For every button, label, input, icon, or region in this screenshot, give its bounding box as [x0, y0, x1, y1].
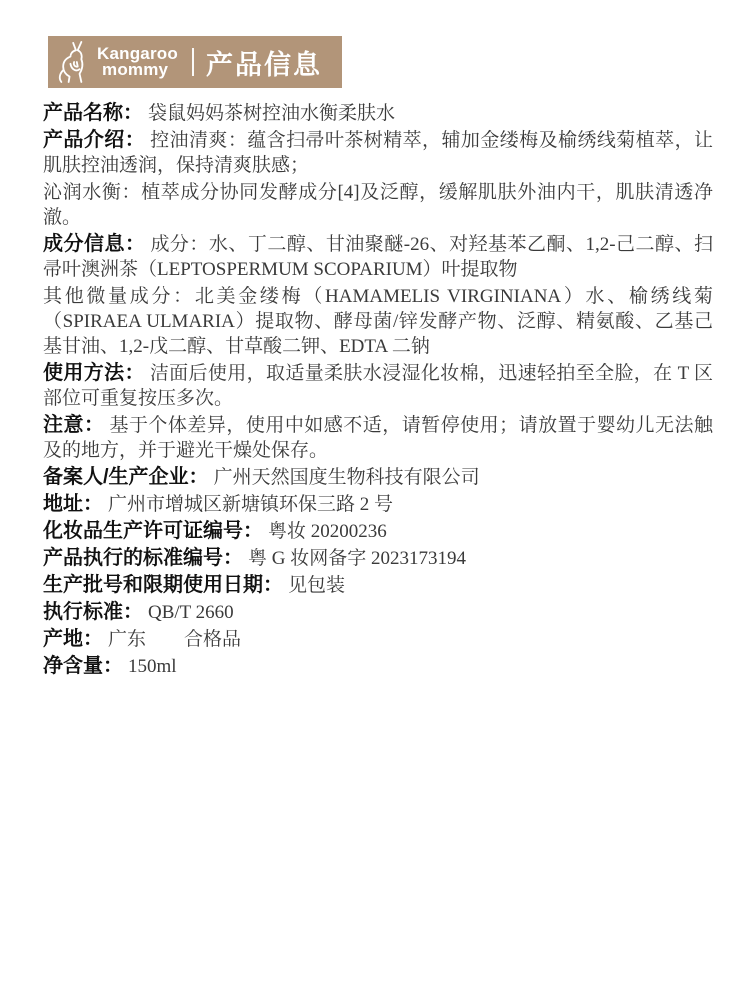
field-value: 沁润水衡：植萃成分协同发酵成分[4]及泛醇，缓解肌肤外油内干，肌肤清透净澈。 — [43, 182, 713, 228]
field-label: 生产批号和限期使用日期： — [43, 574, 283, 596]
field-caution: 注意：基于个体差异，使用中如感不适，请暂停使用；请放置于婴幼儿无法触及的地方，并… — [43, 413, 713, 463]
field-ingredients: 成分信息：成分：水、丁二醇、甘油聚醚-26、对羟基苯乙酮、1,2-己二醇、扫帚叶… — [43, 232, 713, 282]
field-trace-ingredients: 其他微量成分：北美金缕梅（HAMAMELIS VIRGINIANA）水、榆绣线菊… — [43, 284, 713, 359]
field-label: 产地： — [43, 628, 103, 650]
field-value: 粤妆 20200236 — [268, 521, 387, 542]
field-value: 见包装 — [288, 575, 345, 596]
field-address: 地址：广州市增城区新塘镇环保三路 2 号 — [43, 492, 713, 517]
field-product-intro-cont: 沁润水衡：植萃成分协同发酵成分[4]及泛醇，缓解肌肤外油内干，肌肤清透净澈。 — [43, 180, 713, 230]
field-product-name: 产品名称：袋鼠妈妈茶树控油水衡柔肤水 — [43, 101, 713, 126]
product-info-content: 产品名称：袋鼠妈妈茶树控油水衡柔肤水 产品介绍：控油清爽：蕴含扫帚叶茶树精萃，辅… — [43, 101, 713, 681]
field-label: 化妆品生产许可证编号： — [43, 520, 263, 542]
field-label: 产品介绍： — [43, 129, 145, 151]
brand-header-bar: Kangaroo mommy 产品信息 — [48, 36, 342, 88]
field-label: 注意： — [43, 414, 104, 436]
field-product-intro: 产品介绍：控油清爽：蕴含扫帚叶茶树精萃，辅加金缕梅及榆绣线菊植萃，让肌肤控油透润… — [43, 128, 713, 178]
field-value: 袋鼠妈妈茶树控油水衡柔肤水 — [148, 103, 395, 124]
page-title: 产品信息 — [206, 43, 322, 82]
field-label: 使用方法： — [43, 362, 145, 384]
field-value: 广东 合格品 — [108, 629, 241, 650]
field-standard-number: 产品执行的标准编号：粤 G 妆网备字 2023173194 — [43, 546, 713, 571]
kangaroo-logo-icon — [55, 39, 95, 85]
header-divider — [192, 48, 194, 76]
field-label: 成分信息： — [43, 233, 145, 255]
field-exec-standard: 执行标准：QB/T 2660 — [43, 600, 713, 625]
field-net-content: 净含量：150ml — [43, 654, 713, 679]
field-value: 150ml — [128, 656, 177, 677]
field-usage: 使用方法：洁面后使用，取适量柔肤水浸湿化妆棉，迅速轻拍至全脸，在 T 区部位可重… — [43, 361, 713, 411]
field-batch-and-expiry: 生产批号和限期使用日期：见包装 — [43, 573, 713, 598]
field-value: 基于个体差异，使用中如感不适，请暂停使用；请放置于婴幼儿无法触及的地方，并于避光… — [43, 415, 713, 461]
field-label: 备案人/生产企业： — [43, 466, 209, 488]
field-value: 广州市增城区新塘镇环保三路 2 号 — [108, 494, 393, 515]
field-label: 执行标准： — [43, 601, 143, 623]
field-label: 地址： — [43, 493, 103, 515]
brand-name: Kangaroo mommy — [97, 46, 178, 78]
field-manufacturer: 备案人/生产企业：广州天然国度生物科技有限公司 — [43, 465, 713, 490]
field-license-number: 化妆品生产许可证编号：粤妆 20200236 — [43, 519, 713, 544]
field-value: 广州天然国度生物科技有限公司 — [214, 467, 480, 488]
field-label: 产品执行的标准编号： — [43, 547, 243, 569]
field-value: QB/T 2660 — [148, 602, 234, 623]
field-label: 产品名称： — [43, 102, 143, 124]
field-label: 净含量： — [43, 655, 123, 677]
field-origin: 产地：广东 合格品 — [43, 627, 713, 652]
brand-name-line2: mommy — [97, 62, 178, 78]
field-value: 其他微量成分：北美金缕梅（HAMAMELIS VIRGINIANA）水、榆绣线菊… — [43, 286, 713, 357]
field-value: 粤 G 妆网备字 2023173194 — [248, 548, 466, 569]
page: { "header": { "brand_line1": "Kangaroo",… — [0, 0, 750, 987]
